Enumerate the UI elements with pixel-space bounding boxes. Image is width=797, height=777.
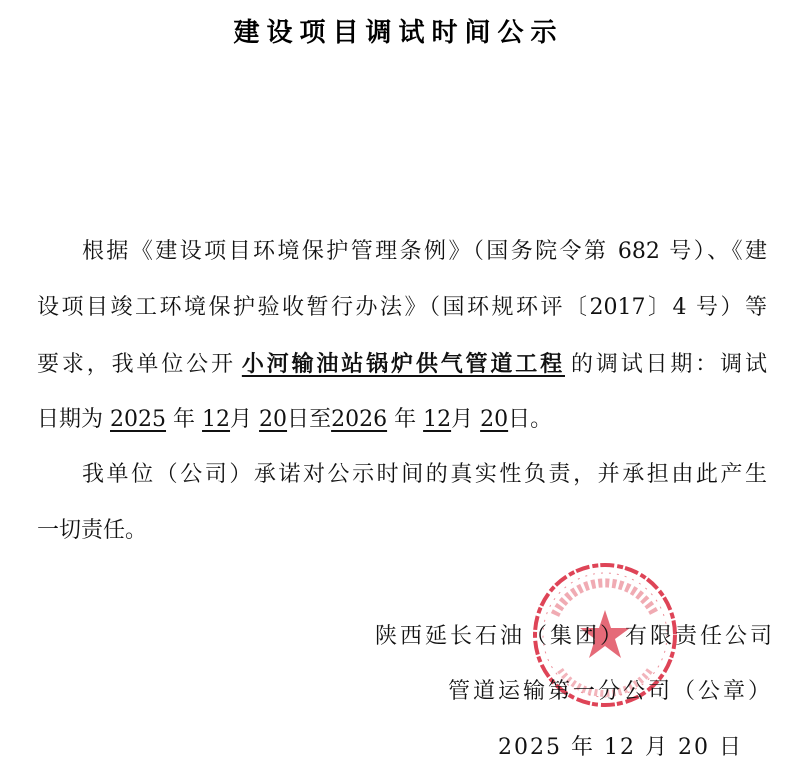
paragraph1-line3: 要求，我单位公开小河输油站锅炉供气管道工程的调试日期：调试: [37, 349, 767, 380]
paragraph1-line4-dates: 日期为 2025 年 12月 20日至2026 年 12月 20日。: [37, 405, 767, 435]
unit-year: 年: [173, 407, 195, 432]
line3-before: 要求，我单位公开: [37, 352, 236, 377]
document-title: 建设项目调试时间公示: [0, 12, 797, 49]
unit-day-2: 日: [508, 407, 530, 432]
unit-month: 月: [230, 407, 252, 432]
end-day: 20: [480, 407, 508, 432]
start-year: 2025: [110, 407, 166, 432]
end-mark: 。: [530, 407, 552, 432]
start-day: 20: [259, 407, 287, 432]
line3-after: 的调试日期：调试: [571, 352, 767, 377]
paragraph2-line2: 一切责任。: [37, 516, 767, 546]
end-month: 12: [423, 407, 451, 432]
to-label: 至: [309, 407, 331, 432]
end-year: 2026: [331, 407, 387, 432]
paragraph1-line2: 设项目竣工环境保护验收暂行办法》（国环规环评〔2017〕4 号）等: [37, 293, 767, 323]
paragraph2-line1: 我单位（公司）承诺对公示时间的真实性负责，并承担由此产生: [82, 460, 767, 490]
unit-day: 日: [287, 407, 309, 432]
signature-date: 2025 年 12 月 20 日: [498, 733, 743, 763]
unit-year-2: 年: [394, 407, 416, 432]
date-prefix: 日期为: [37, 407, 103, 432]
paragraph1-line1: 根据《建设项目环境保护管理条例》（国务院令第 682 号）、《建: [82, 237, 767, 267]
signature-company: 陕西延长石油（集团）有限责任公司: [375, 622, 775, 652]
start-month: 12: [202, 407, 230, 432]
project-name: 小河输油站锅炉供气管道工程: [236, 351, 571, 377]
signature-branch: 管道运输第一分公司（公章）: [448, 677, 773, 707]
unit-month-2: 月: [451, 407, 473, 432]
